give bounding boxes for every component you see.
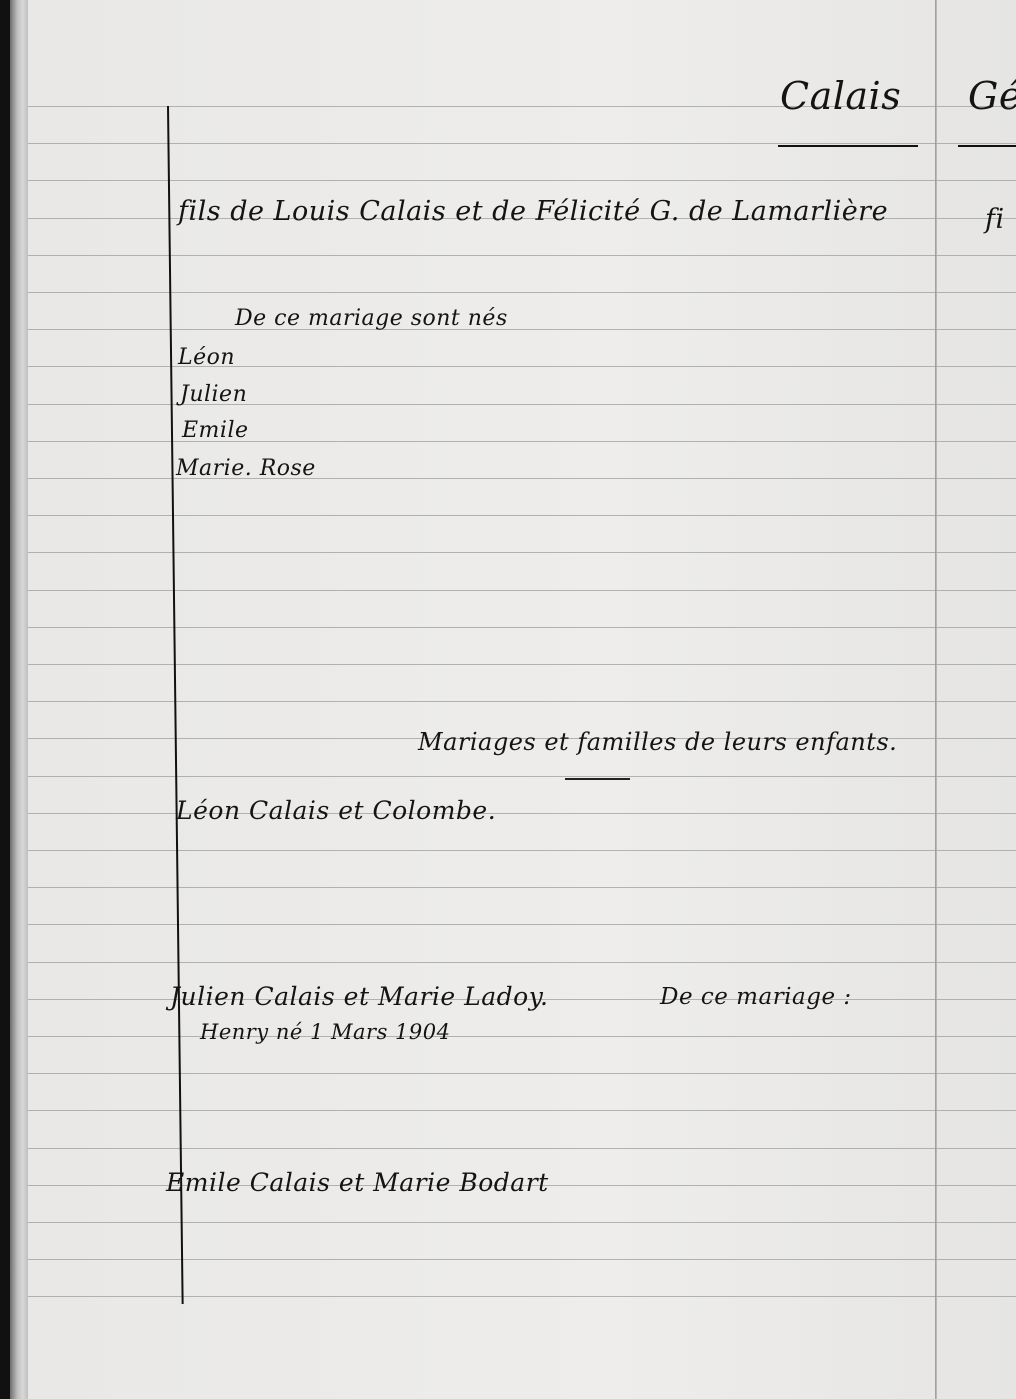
column-title-gen-partial: Gén — [968, 74, 1016, 118]
register-page: Calais Gén fils de Louis Calais et de Fé… — [0, 0, 1016, 1399]
ruled-line — [28, 441, 1016, 442]
ruled-line — [28, 627, 1016, 628]
ruled-line — [28, 1110, 1016, 1111]
parentage-line: fils de Louis Calais et de Félicité G. d… — [178, 196, 888, 227]
section-title-underline — [565, 778, 630, 780]
ruled-line — [28, 1296, 1016, 1297]
ruled-line — [28, 329, 1016, 330]
column-divider — [935, 0, 937, 1399]
section-title-marriages: Mariages et familles de leurs enfants. — [418, 728, 897, 756]
ruled-line — [28, 180, 1016, 181]
children-intro: De ce mariage sont nés — [235, 306, 508, 331]
ruled-line — [28, 255, 1016, 256]
marriage-julien-note: De ce mariage : — [660, 984, 852, 1010]
marriage-leon: Léon Calais et Colombe. — [176, 796, 496, 825]
ruled-line — [28, 590, 1016, 591]
ruled-line — [28, 515, 1016, 516]
child-marie-rose: Marie. Rose — [176, 456, 316, 481]
title-underline-2 — [958, 145, 1016, 147]
ruled-line — [28, 292, 1016, 293]
ruled-line — [28, 1259, 1016, 1260]
marriage-emile: Emile Calais et Marie Bodart — [166, 1168, 549, 1197]
child-emile: Emile — [182, 418, 249, 443]
ruled-line — [28, 1222, 1016, 1223]
right-column-fragment: fi — [985, 204, 1005, 235]
ruled-line — [28, 366, 1016, 367]
ruled-line — [28, 1148, 1016, 1149]
child-leon: Léon — [178, 345, 235, 370]
page-binding-edge — [10, 0, 28, 1399]
ruled-line — [28, 664, 1016, 665]
ruled-line — [28, 143, 1016, 144]
ruled-line — [28, 962, 1016, 963]
column-title-calais: Calais — [780, 74, 901, 118]
child-henry: Henry né 1 Mars 1904 — [200, 1020, 450, 1044]
marriage-julien: Julien Calais et Marie Ladoy. — [170, 982, 548, 1011]
ruled-line — [28, 1073, 1016, 1074]
child-julien: Julien — [180, 382, 247, 407]
ruled-line — [28, 1036, 1016, 1037]
ruled-line — [28, 404, 1016, 405]
ruled-line — [28, 552, 1016, 553]
title-underline — [778, 145, 918, 147]
